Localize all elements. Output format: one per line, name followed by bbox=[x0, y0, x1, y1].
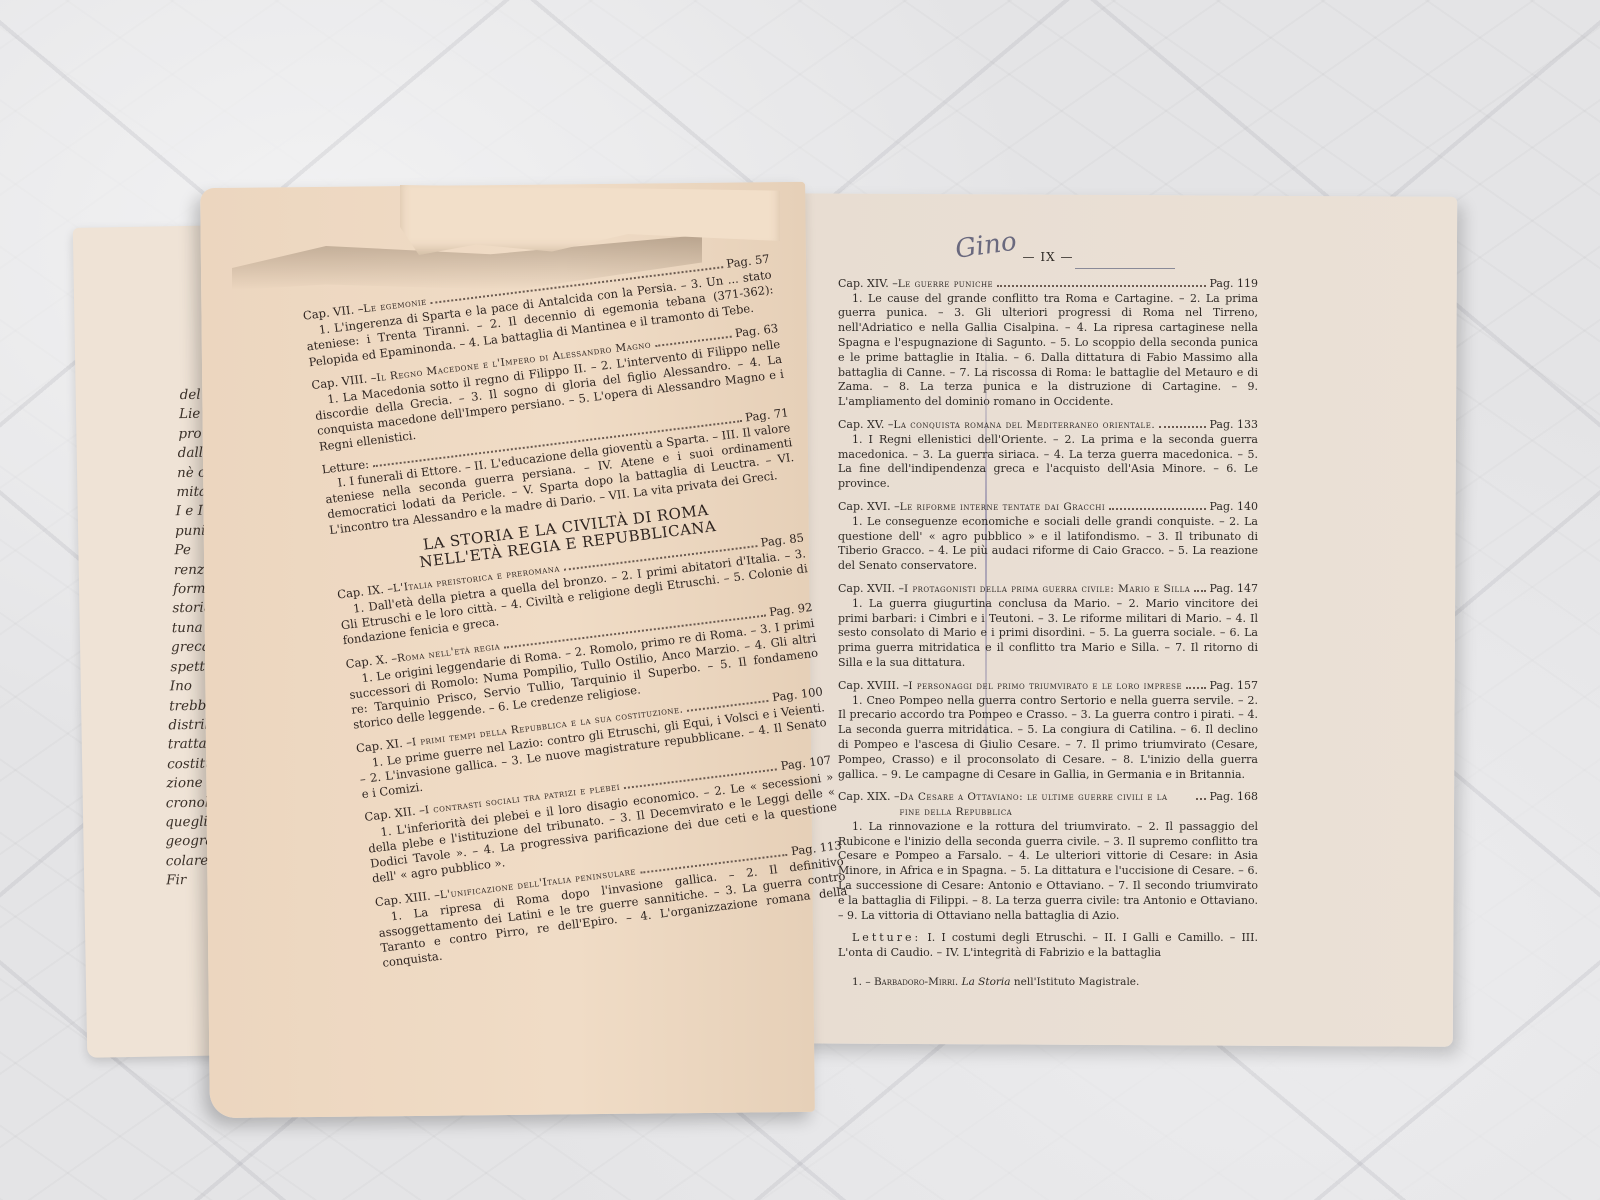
chapter-number: Cap. XVIII. – bbox=[838, 679, 908, 694]
letture-entry: Letture: I. I costumi degli Etruschi. – … bbox=[838, 931, 1258, 961]
page-reference: Pag. 147 bbox=[1210, 582, 1259, 597]
chapter-number: Cap. XVI. – bbox=[838, 500, 900, 515]
leader-dots bbox=[1196, 798, 1206, 800]
chapter-title: I personaggi del primo triumvirato e le … bbox=[908, 679, 1182, 694]
leader-dots bbox=[1194, 590, 1205, 592]
letture-label: Letture: bbox=[852, 931, 921, 944]
leader-dots bbox=[997, 285, 1205, 287]
chapter-number: Cap. XIV. – bbox=[838, 277, 898, 292]
toc-entry-heading: Cap. XIX. – Da Cesare a Ottaviano: le ul… bbox=[838, 790, 1258, 820]
footnote-title: La Storia bbox=[962, 976, 1011, 988]
chapter-summary: 1. Le conseguenze economiche e sociali d… bbox=[838, 515, 1258, 574]
footnote-rest: nell'Istituto Magistrale. bbox=[1014, 976, 1139, 988]
leader-dots bbox=[1109, 508, 1205, 510]
toc-entry-heading: Cap. XVII. – I protagonisti della prima … bbox=[838, 582, 1258, 597]
footnote-number: 1. – bbox=[852, 976, 871, 988]
toc-entry: Cap. XIV. – Le guerre punichePag. 1191. … bbox=[838, 277, 1258, 410]
toc-entry-heading: Cap. XIV. – Le guerre punichePag. 119 bbox=[838, 277, 1258, 292]
chapter-title: Da Cesare a Ottaviano: le ultime guerre … bbox=[900, 790, 1192, 820]
chapter-summary: 1. La rinnovazione e la rottura del triu… bbox=[838, 820, 1258, 924]
chapter-summary: 1. Cneo Pompeo nella guerra contro Serto… bbox=[838, 694, 1258, 783]
chapter-title: Le guerre puniche bbox=[898, 277, 993, 292]
toc-entry: Cap. XVII. – I protagonisti della prima … bbox=[838, 582, 1258, 671]
page-reference: Pag. 140 bbox=[1210, 500, 1259, 515]
toc-entry: Cap. XIX. – Da Cesare a Ottaviano: le ul… bbox=[838, 790, 1258, 923]
toc-entry-heading: Cap. XVIII. – I personaggi del primo tri… bbox=[838, 679, 1258, 694]
footnote-authors: Barbadoro-Mirri. bbox=[874, 976, 958, 988]
left-page-text: Cap. VII. – Le egemoniePag. 571. L'inger… bbox=[302, 252, 851, 980]
page-number: — IX — bbox=[838, 250, 1258, 265]
page-reference: Pag. 133 bbox=[1210, 418, 1259, 433]
right-page-text: — IX — Cap. XIV. – Le guerre punichePag.… bbox=[838, 250, 1258, 990]
chapter-title: I protagonisti della prima guerra civile… bbox=[904, 582, 1190, 597]
chapter-summary: 1. La guerra giugurtina conclusa da Mari… bbox=[838, 597, 1258, 671]
chapter-number: Cap. XIX. – bbox=[838, 790, 900, 805]
chapter-summary: 1. I Regni ellenistici dell'Oriente. – 2… bbox=[838, 433, 1258, 492]
leader-dots bbox=[1186, 687, 1205, 689]
page-reference: Pag. 168 bbox=[1210, 790, 1259, 805]
footnote: 1. – Barbadoro-Mirri. La Storia nell'Ist… bbox=[838, 975, 1258, 990]
page-reference: Pag. 119 bbox=[1210, 277, 1259, 292]
toc-entry-heading: Cap. XVI. – Le riforme interne tentate d… bbox=[838, 500, 1258, 515]
right-page-toc-entries: Cap. XIV. – Le guerre punichePag. 1191. … bbox=[838, 277, 1258, 924]
left-page-toc-entries-rome: Cap. IX. – L'Italia preistorica e prerom… bbox=[336, 530, 850, 971]
chapter-number: Cap. XV. – bbox=[838, 418, 893, 433]
page-reference: Pag. 157 bbox=[1210, 679, 1259, 694]
toc-entry-heading: Cap. XV. – La conquista romana del Medit… bbox=[838, 418, 1258, 433]
leader-dots bbox=[1159, 426, 1205, 428]
toc-entry: Cap. XVIII. – I personaggi del primo tri… bbox=[838, 679, 1258, 783]
chapter-title: Le riforme interne tentate dai Gracchi bbox=[900, 500, 1106, 515]
chapter-number: Cap. XVII. – bbox=[838, 582, 904, 597]
toc-entry: Cap. XV. – La conquista romana del Medit… bbox=[838, 418, 1258, 492]
chapter-title: La conquista romana del Mediterraneo ori… bbox=[893, 418, 1155, 433]
toc-entry: Cap. XVI. – Le riforme interne tentate d… bbox=[838, 500, 1258, 574]
chapter-summary: 1. Le cause del grande conflitto tra Rom… bbox=[838, 292, 1258, 410]
